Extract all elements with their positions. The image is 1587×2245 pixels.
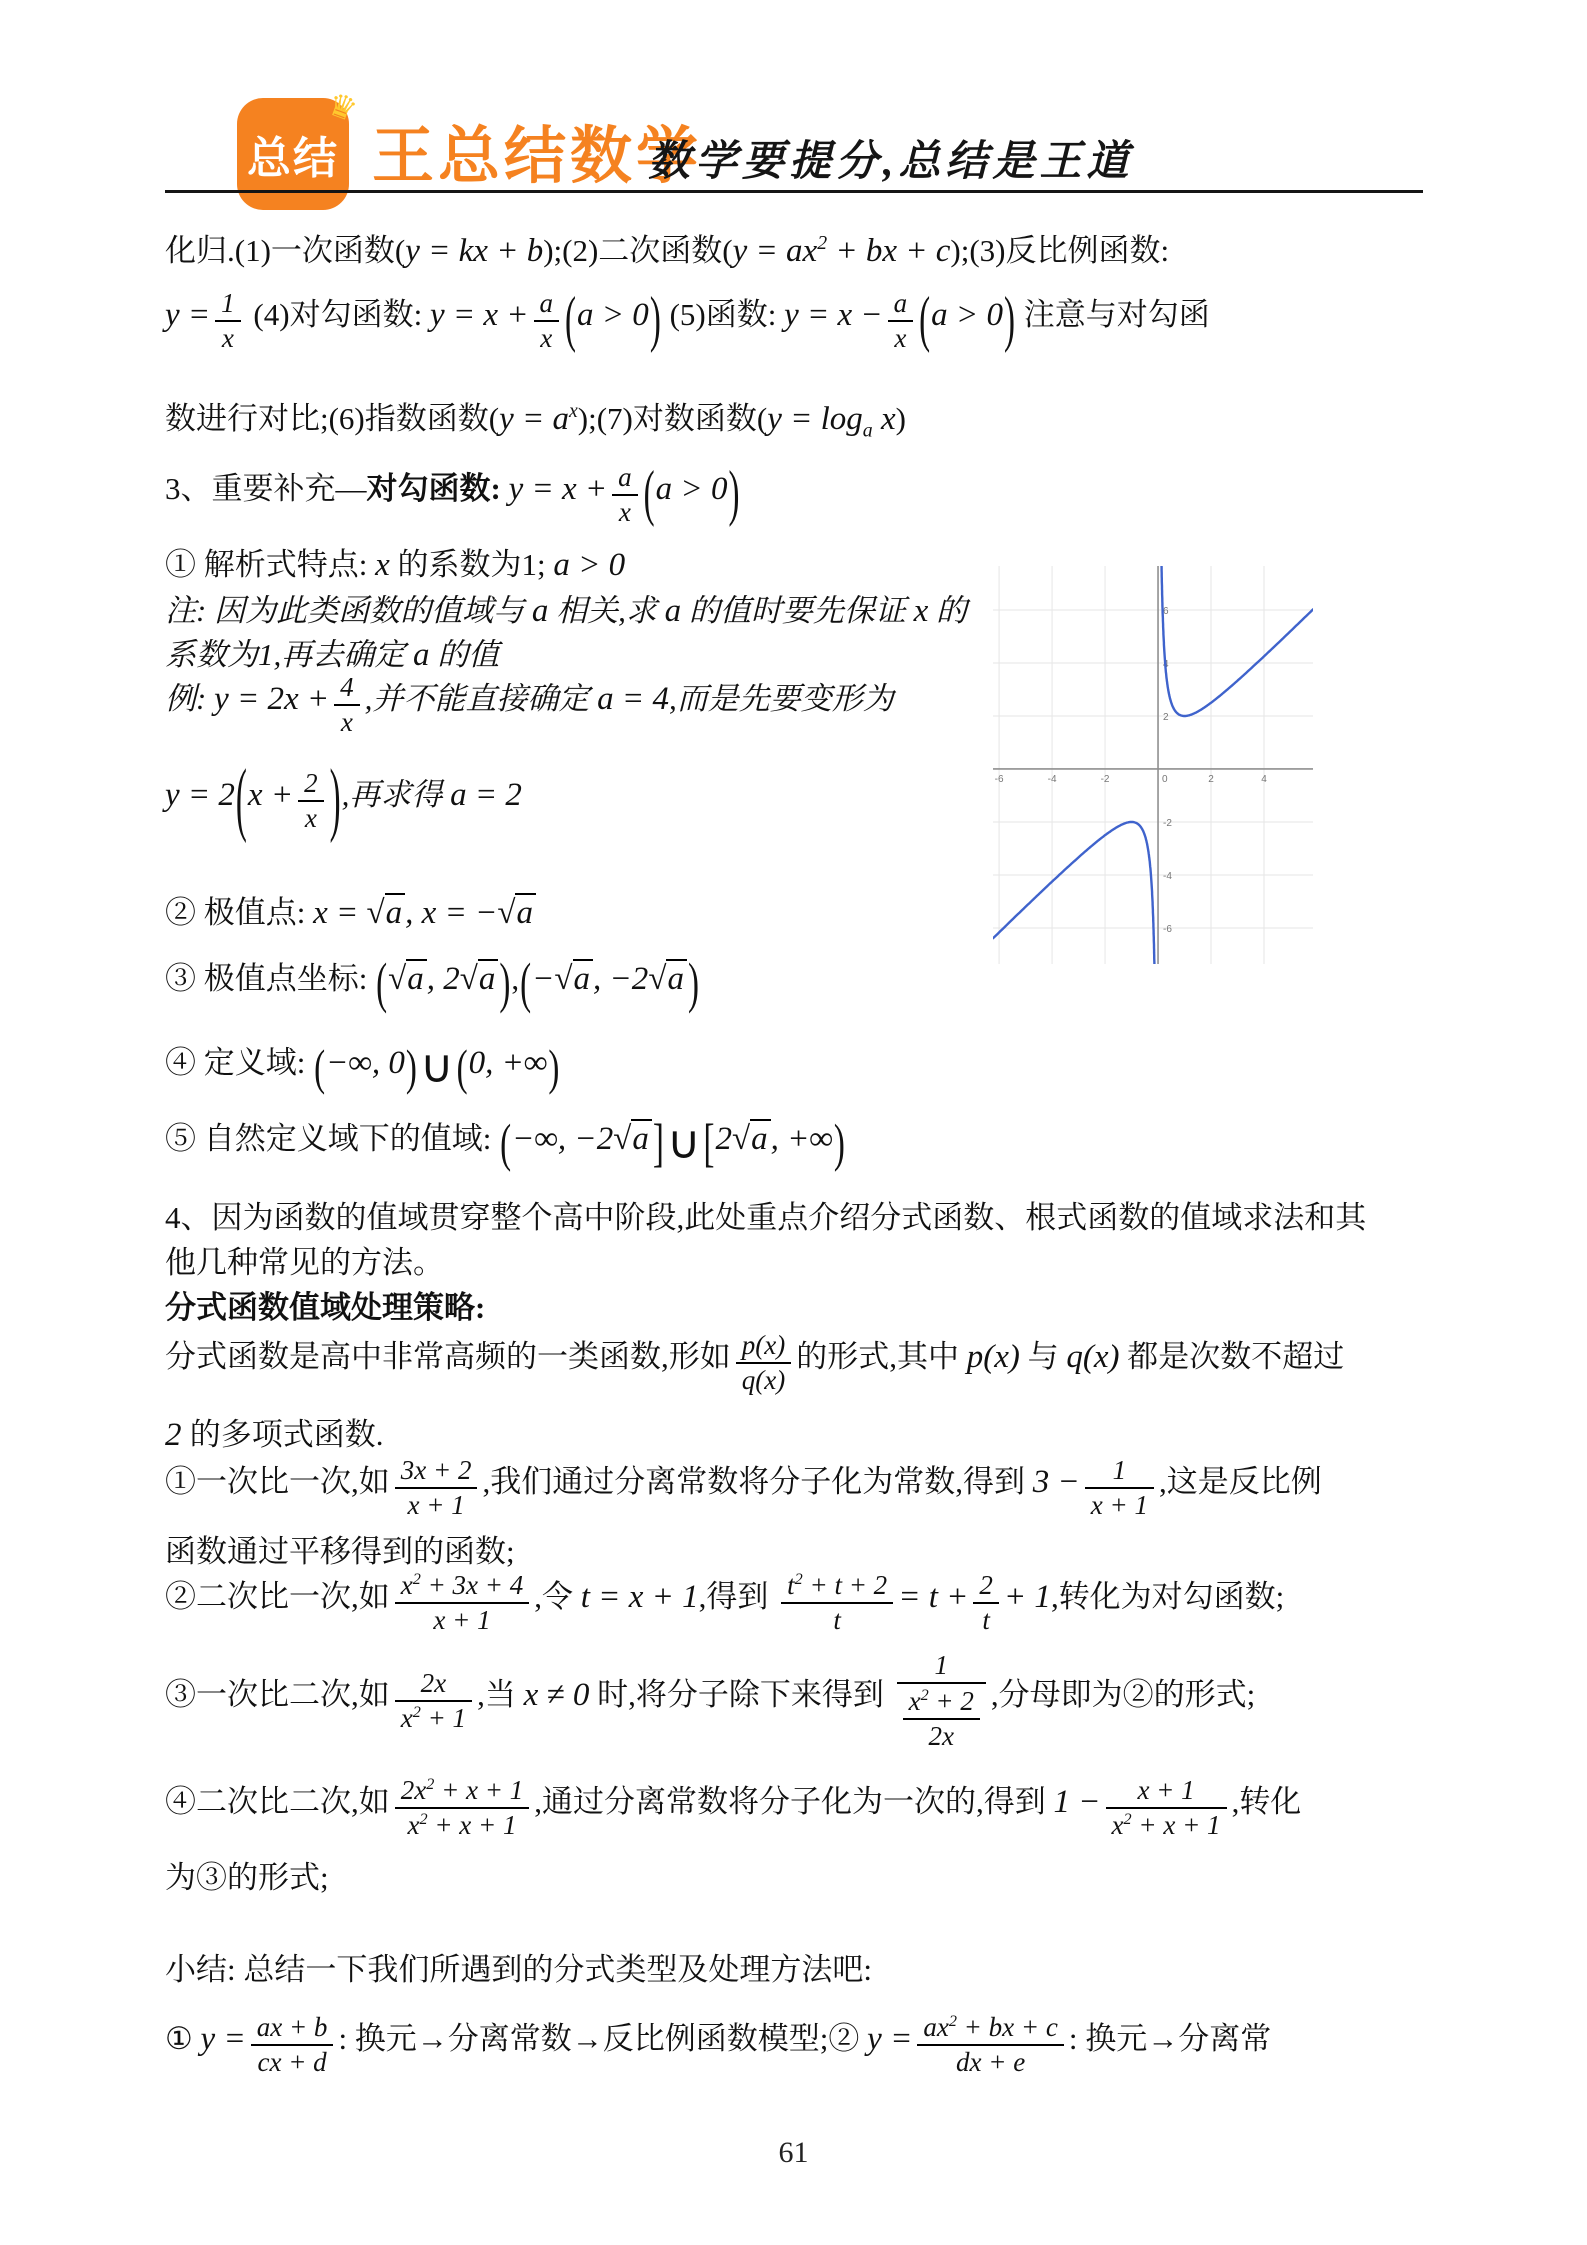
- seg-t: [501, 471, 509, 506]
- seg-t: ,当: [477, 1677, 524, 1712]
- text-line-5: ① 解析式特点: x 的系数为1; a > 0: [165, 544, 625, 587]
- seg-m: a = 2: [450, 777, 522, 813]
- seg-t: 的多项式函数.: [190, 1417, 384, 1452]
- seg-m: √a, 2√a: [388, 959, 498, 997]
- seg-t: 3、重要补充—: [165, 471, 367, 506]
- seg-f: 2xx2 + 1: [395, 1668, 472, 1735]
- seg-f: 1x2 + 22x: [897, 1650, 986, 1753]
- seg-t: );(3)反比例函数:: [950, 233, 1169, 268]
- seg-t: 小结: 总结一下我们所遇到的分式类型及处理方法吧:: [165, 1952, 872, 1987]
- seg-t: ): [896, 401, 906, 436]
- seg-t: 分式函数是高中非常高频的一类函数,形如: [165, 1339, 731, 1374]
- seg-m: x = √a, x = −√a: [313, 893, 536, 931]
- text-line-19: ①一次比一次,如3x + 2x + 1,我们通过分离常数将分子化为常数,得到 3…: [165, 1455, 1322, 1522]
- seg-m: 2: [165, 1417, 190, 1453]
- text-line-14: 4、因为函数的值域贯穿整个高中阶段,此处重点介绍分式函数、根式函数的值域求法和其: [165, 1198, 1366, 1238]
- seg-t: 相关,求: [548, 593, 664, 628]
- svg-text:-2: -2: [1163, 818, 1172, 829]
- seg-m: y = 2: [165, 777, 235, 813]
- seg-t: ①: [165, 2021, 201, 2056]
- seg-f: t2 + t + 2t: [781, 1570, 893, 1637]
- seg-m: 2√a, +∞: [715, 1119, 832, 1157]
- seg-t: ,: [511, 961, 519, 996]
- function-curve: [1162, 566, 1314, 716]
- seg-m: 3 −: [1033, 1464, 1080, 1500]
- seg-p: (: [500, 1111, 511, 1180]
- seg-t: 的值时要先保证: [681, 593, 914, 628]
- sqrt-radical: √a: [648, 959, 687, 997]
- sqrt-radical: √a: [497, 893, 536, 931]
- seg-p: ): [548, 1037, 559, 1101]
- seg-t: ③一次比二次,如: [165, 1677, 390, 1712]
- seg-p: (: [565, 281, 576, 362]
- seg-t: ②二次比一次,如: [165, 1579, 390, 1614]
- seg-m: y = ax2 + bx + c: [733, 233, 951, 269]
- svg-text:-4: -4: [1048, 774, 1057, 785]
- sqrt-radical: √a: [367, 893, 406, 931]
- seg-m: a > 0: [553, 547, 625, 583]
- seg-t: ,转化为对勾函数;: [1051, 1579, 1284, 1614]
- text-line-17: 分式函数是高中非常高频的一类函数,形如p(x)q(x)的形式,其中 p(x) 与…: [165, 1330, 1344, 1397]
- seg-t: 与: [1020, 1339, 1067, 1374]
- sqrt-radical: √a: [554, 959, 593, 997]
- seg-t: ,令: [534, 1579, 581, 1614]
- seg-p: (: [457, 1037, 468, 1101]
- seg-t: );(7)对数函数(: [578, 401, 767, 436]
- seg-t: ,并不能直接确定: [365, 681, 598, 716]
- seg-t: ①一次比一次,如: [165, 1464, 390, 1499]
- seg-m: + 1: [1004, 1579, 1051, 1615]
- function-curve: [993, 822, 1154, 964]
- seg-m: a > 0: [931, 297, 1003, 333]
- seg-t: 的值: [430, 637, 500, 672]
- text-line-4: 3、重要补充—对勾函数: y = x +ax(a > 0): [165, 462, 740, 529]
- seg-p: ): [499, 949, 510, 1022]
- text-line-12: ④ 定义域: (−∞, 0)∪(0, +∞): [165, 1042, 560, 1092]
- seg-m: = t +: [898, 1579, 968, 1615]
- graph-svg: -6-4-2240-6-4-2246: [993, 566, 1313, 964]
- text-line-13: ⑤ 自然定义域下的值域: (−∞, −2√a]∪[2√a, +∞): [165, 1118, 846, 1168]
- seg-p: (: [520, 949, 531, 1022]
- svg-text:2: 2: [1208, 774, 1214, 785]
- seg-m: y =: [165, 297, 210, 333]
- seg-t: 他几种常见的方法。: [165, 1245, 444, 1280]
- text-line-7: 系数为1,再去确定 a 的值: [165, 634, 499, 677]
- seg-m: x: [914, 593, 929, 629]
- seg-u: ∪: [667, 1119, 701, 1165]
- seg-t: 注: 因为此类函数的值域与: [165, 593, 532, 628]
- seg-f: 4x: [334, 672, 360, 739]
- seg-m: y = x −: [784, 297, 883, 333]
- text-line-22: ③一次比二次,如2xx2 + 1,当 x ≠ 0 时,将分子除下来得到 1x2 …: [165, 1650, 1255, 1753]
- seg-p: (: [314, 1037, 325, 1101]
- sqrt-radical: √a: [460, 959, 499, 997]
- seg-t: 时,将分子除下来得到: [589, 1677, 891, 1712]
- seg-t: 数进行对比;(6)指数函数(: [165, 401, 499, 436]
- text-line-1: 化归.(1)一次函数(y = kx + b);(2)二次函数(y = ax2 +…: [165, 230, 1169, 273]
- seg-t: : 换元→分离常数→反比例函数模型;②: [338, 2021, 867, 2056]
- text-line-15: 他几种常见的方法。: [165, 1243, 444, 1283]
- seg-m: y = kx + b: [405, 233, 543, 269]
- document-page: 总结 ♛ 王总结数学 数学要提分,总结是王道 化归.(1)一次函数(y = kx…: [0, 0, 1587, 2245]
- svg-text:-6: -6: [1163, 924, 1172, 935]
- seg-m: y = 2x +: [214, 681, 329, 717]
- svg-text:0: 0: [1162, 774, 1168, 785]
- seg-m: −∞, −2√a: [512, 1119, 652, 1157]
- sqrt-radical: √a: [613, 1119, 652, 1157]
- seg-t: 注意与对勾函: [1016, 297, 1210, 332]
- seg-t: ,转化: [1232, 1784, 1302, 1819]
- seg-t: ① 解析式特点:: [165, 547, 375, 582]
- seg-f: 2t: [973, 1570, 999, 1637]
- brand-logo: 总结 ♛: [237, 98, 349, 210]
- seg-t: 系数为1,再去确定: [165, 637, 413, 672]
- seg-m: q(x): [1066, 1339, 1119, 1375]
- seg-m: x +: [248, 777, 293, 813]
- seg-m: a: [413, 637, 430, 673]
- seg-m: 1 −: [1054, 1784, 1101, 1820]
- seg-f: x2 + 22x: [903, 1686, 980, 1753]
- seg-m: −√a, −2√a: [532, 959, 687, 997]
- seg-t: 4、因为函数的值域贯穿整个高中阶段,此处重点介绍分式函数、根式函数的值域求法和其: [165, 1200, 1366, 1235]
- seg-f: p(x)q(x): [736, 1330, 791, 1397]
- text-line-6: 注: 因为此类函数的值域与 a 相关,求 a 的值时要先保证 x 的: [165, 590, 967, 633]
- seg-t: ,通过分离常数将分子化为一次的,得到: [534, 1784, 1053, 1819]
- seg-m: x: [375, 547, 390, 583]
- seg-p: ): [330, 748, 341, 855]
- seg-t: 都是次数不超过: [1120, 1339, 1345, 1374]
- text-line-9: y = 2(x +2x),再求得 a = 2: [165, 768, 522, 835]
- seg-p: [: [703, 1111, 714, 1180]
- seg-t: 化归.(1)一次函数(: [165, 233, 405, 268]
- text-line-8: 例: y = 2x +4x,并不能直接确定 a = 4,而是先要变形为: [165, 672, 894, 739]
- seg-f: 2x: [298, 768, 324, 835]
- seg-p: ): [1004, 281, 1015, 362]
- seg-t: (5)函数:: [662, 297, 784, 332]
- seg-f: ax: [888, 288, 914, 355]
- seg-p: ): [406, 1037, 417, 1101]
- seg-p: ): [688, 949, 699, 1022]
- seg-t: 的系数为1;: [390, 547, 554, 582]
- seg-m: 0, +∞: [469, 1045, 548, 1081]
- text-line-10: ② 极值点: x = √a, x = −√a: [165, 892, 536, 935]
- text-line-26: ① y =ax + bcx + d: 换元→分离常数→反比例函数模型;② y =…: [165, 2012, 1271, 2079]
- seg-t: ④ 定义域:: [165, 1045, 313, 1080]
- seg-t: ③ 极值点坐标:: [165, 961, 375, 996]
- seg-t: : 换元→分离常: [1069, 2021, 1271, 2056]
- seg-m: y =: [867, 2021, 912, 2057]
- seg-f: ax + bcx + d: [251, 2012, 334, 2079]
- seg-m: t = x + 1: [581, 1579, 699, 1615]
- page-number: 61: [0, 2136, 1587, 2170]
- seg-m: −∞, 0: [326, 1045, 405, 1081]
- text-line-16: 分式函数值域处理策略:: [165, 1288, 485, 1328]
- seg-m: a: [665, 593, 682, 629]
- seg-u: ∪: [420, 1043, 454, 1089]
- svg-text:-4: -4: [1163, 871, 1172, 882]
- seg-b: 分式函数值域处理策略:: [165, 1290, 485, 1325]
- seg-t: ④二次比二次,如: [165, 1784, 390, 1819]
- seg-t: (4)对勾函数:: [246, 297, 430, 332]
- seg-f: x + 1x2 + x + 1: [1106, 1775, 1227, 1842]
- seg-f: ax: [534, 288, 560, 355]
- text-line-25: 小结: 总结一下我们所遇到的分式类型及处理方法吧:: [165, 1950, 872, 1990]
- seg-t: ,我们通过分离常数将分子化为常数,得到: [482, 1464, 1032, 1499]
- seg-p: ): [728, 455, 739, 536]
- seg-m: y = x +: [430, 297, 529, 333]
- seg-p: ): [834, 1111, 845, 1180]
- seg-t: ,得到: [699, 1579, 777, 1614]
- seg-t: );(2)二次函数(: [543, 233, 732, 268]
- seg-t: ② 极值点:: [165, 895, 313, 930]
- seg-f: x2 + 3x + 4x + 1: [395, 1570, 530, 1637]
- svg-text:2: 2: [1163, 712, 1169, 723]
- seg-b: 对勾函数:: [367, 471, 501, 506]
- seg-f: 1x: [215, 288, 241, 355]
- seg-p: (: [236, 748, 247, 855]
- seg-t: 为③的形式;: [165, 1860, 329, 1895]
- seg-p: ): [650, 281, 661, 362]
- seg-m: a > 0: [577, 297, 649, 333]
- text-line-18: 2 的多项式函数.: [165, 1414, 384, 1457]
- seg-p: ]: [653, 1111, 664, 1180]
- svg-text:-6: -6: [995, 774, 1004, 785]
- seg-f: 2x2 + x + 1x2 + x + 1: [395, 1775, 530, 1842]
- seg-t: ⑤ 自然定义域下的值域:: [165, 1121, 499, 1156]
- seg-m: a: [532, 593, 549, 629]
- seg-m: y = loga x: [767, 401, 895, 437]
- seg-t: 函数通过平移得到的函数;: [165, 1534, 515, 1569]
- seg-f: 1x + 1: [1085, 1455, 1154, 1522]
- text-line-21: ②二次比一次,如x2 + 3x + 4x + 1,令 t = x + 1,得到 …: [165, 1570, 1284, 1637]
- text-line-20: 函数通过平移得到的函数;: [165, 1532, 515, 1572]
- sqrt-radical: √a: [388, 959, 427, 997]
- sqrt-radical: √a: [732, 1119, 771, 1157]
- seg-t: 的: [928, 593, 967, 628]
- seg-t: 的形式,其中: [796, 1339, 967, 1374]
- seg-t: ,这是反比例: [1159, 1464, 1322, 1499]
- seg-p: (: [376, 949, 387, 1022]
- text-line-11: ③ 极值点坐标: (√a, 2√a),(−√a, −2√a): [165, 958, 700, 1007]
- seg-t: ,分母即为②的形式;: [991, 1677, 1255, 1712]
- seg-m: y = x +: [509, 471, 608, 507]
- function-graph: -6-4-2240-6-4-2246: [993, 566, 1313, 964]
- seg-m: y = ax: [499, 401, 578, 437]
- seg-m: a > 0: [656, 471, 728, 507]
- seg-t: 例:: [165, 681, 214, 716]
- svg-text:4: 4: [1261, 774, 1267, 785]
- text-line-23: ④二次比二次,如2x2 + x + 1x2 + x + 1,通过分离常数将分子化…: [165, 1775, 1301, 1842]
- seg-f: 3x + 2x + 1: [395, 1455, 478, 1522]
- seg-p: (: [919, 281, 930, 362]
- brand-tagline: 数学要提分,总结是王道: [648, 128, 1134, 188]
- seg-m: p(x): [967, 1339, 1020, 1375]
- seg-m: a = 4: [597, 681, 669, 717]
- text-line-2: y =1x (4)对勾函数: y = x +ax(a > 0) (5)函数: y…: [165, 288, 1210, 355]
- seg-m: x ≠ 0: [524, 1677, 590, 1713]
- text-line-3: 数进行对比;(6)指数函数(y = ax);(7)对数函数(y = loga x…: [165, 398, 906, 444]
- seg-f: ax2 + bx + cdx + e: [917, 2012, 1064, 2079]
- seg-t: ,再求得: [342, 777, 451, 812]
- seg-f: ax: [612, 462, 638, 529]
- seg-m: y =: [201, 2021, 246, 2057]
- header-divider: [165, 190, 1423, 193]
- text-line-24: 为③的形式;: [165, 1858, 329, 1898]
- seg-t: ,而是先要变形为: [669, 681, 894, 716]
- svg-text:-2: -2: [1101, 774, 1110, 785]
- seg-p: (: [644, 455, 655, 536]
- logo-text: 总结: [247, 122, 339, 186]
